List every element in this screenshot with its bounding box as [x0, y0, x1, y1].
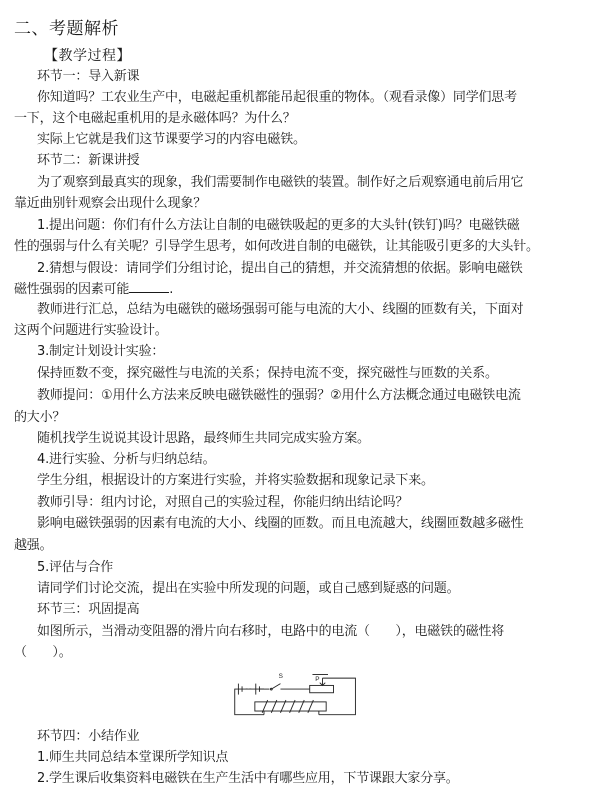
paragraph-line: 请同学们讨论交流，提出在实验中所发现的问题，或自己感到疑惑的问题。 [37, 581, 459, 597]
stage-heading-1: 环节一：导入新课 [37, 69, 139, 85]
paragraph-line: 教师引导：组内讨论，对照自己的实验过程，你能归纳出结论吗？ [37, 495, 408, 511]
slider-label: P [315, 676, 319, 683]
paragraph-line: 教师提问：①用什么方法来反映电磁铁磁性的强弱？②用什么方法概念通过电磁铁电流 [37, 388, 521, 404]
paragraph-line: 教师进行汇总，总结为电磁铁的磁场强弱可能与电流的大小、线圈的匝数有关，下面对 [37, 302, 523, 318]
fill-blank [129, 281, 169, 293]
paragraph-line: 你知道吗？工农业生产中，电磁起重机都能吊起很重的物体。（观看录像）同学们思考 [37, 90, 517, 106]
paragraph-line: 5.评估与合作 [37, 560, 113, 576]
paragraph-line: 如图所示，当滑动变阻器的滑片向右移时，电路中的电流（ ），电磁铁的磁性将 [37, 624, 504, 640]
paragraph-line: 2.学生课后收集资料电磁铁在生产生活中有哪些应用，下节课跟大家分享。 [37, 771, 459, 787]
paragraph-line: 1.提出问题：你们有什么方法让自制的电磁铁吸起的更多的大头针(铁钉)吗？电磁铁磁 [37, 218, 520, 234]
paragraph-line: 一下，这个电磁起重机用的是永磁体吗？为什么？ [14, 111, 296, 127]
paragraph-line: （ ）。 [14, 645, 72, 661]
paragraph-line: 3.制定计划设计实验： [37, 344, 164, 360]
rheostat-icon [310, 685, 334, 692]
paragraph-line: 实际上它就是我们这节课要学习的内容电磁铁。 [37, 132, 306, 148]
paragraph-line: 磁性强弱的因素可能. [14, 281, 173, 298]
paragraph-text: . [169, 282, 173, 297]
section-title: 二、考题解析 [14, 19, 119, 39]
paragraph-line: 性的强弱与什么有关呢？引导学生思考，如何改进自制的电磁铁，让其能吸引更多的大头针… [14, 239, 539, 255]
paragraph-line: 的大小？ [14, 410, 65, 426]
circuit-diagram: S P [226, 658, 366, 722]
paragraph-line: 靠近曲别针观察会出现什么现象？ [14, 196, 206, 212]
paragraph-line: 为了观察到最真实的现象，我们需要制作电磁铁的装置。制作好之后观察通电前后用它 [37, 175, 523, 191]
paragraph-line: 影响电磁铁强弱的因素有电流的大小、线圈的匝数。而且电流越大，线圈匝数越多磁性 [37, 516, 523, 532]
paragraph-line: 2.猜想与假设：请同学们分组讨论，提出自己的猜想，并交流猜想的依据。影响电磁铁 [37, 261, 523, 277]
subtitle: 【教学过程】 [44, 48, 131, 64]
switch-label: S [279, 673, 283, 680]
paragraph-line: 1.师生共同总结本堂课所学知识点 [37, 750, 228, 766]
stage-heading-4: 环节四：小结作业 [37, 729, 139, 745]
paragraph-line: 4.进行实验、分析与归纳总结。 [37, 452, 215, 468]
paragraph-line: 这两个问题进行实验设计。 [14, 323, 168, 339]
switch-icon [271, 684, 280, 689]
paragraph-line: 越强。 [14, 538, 52, 554]
paragraph-line: 学生分组，根据设计的方案进行实验，并将实验数据和现象记录下来。 [37, 473, 434, 489]
stage-heading-3: 环节三：巩固提高 [37, 602, 139, 618]
paragraph-line: 随机找学生说说其设计思路，最终师生共同完成实验方案。 [37, 431, 370, 447]
paragraph-line: 保持匝数不变，探究磁性与电流的关系；保持电流不变，探究磁性与匝数的关系。 [37, 366, 498, 382]
paragraph-text: 磁性强弱的因素可能 [14, 282, 129, 297]
stage-heading-2: 环节二：新课讲授 [37, 153, 139, 169]
